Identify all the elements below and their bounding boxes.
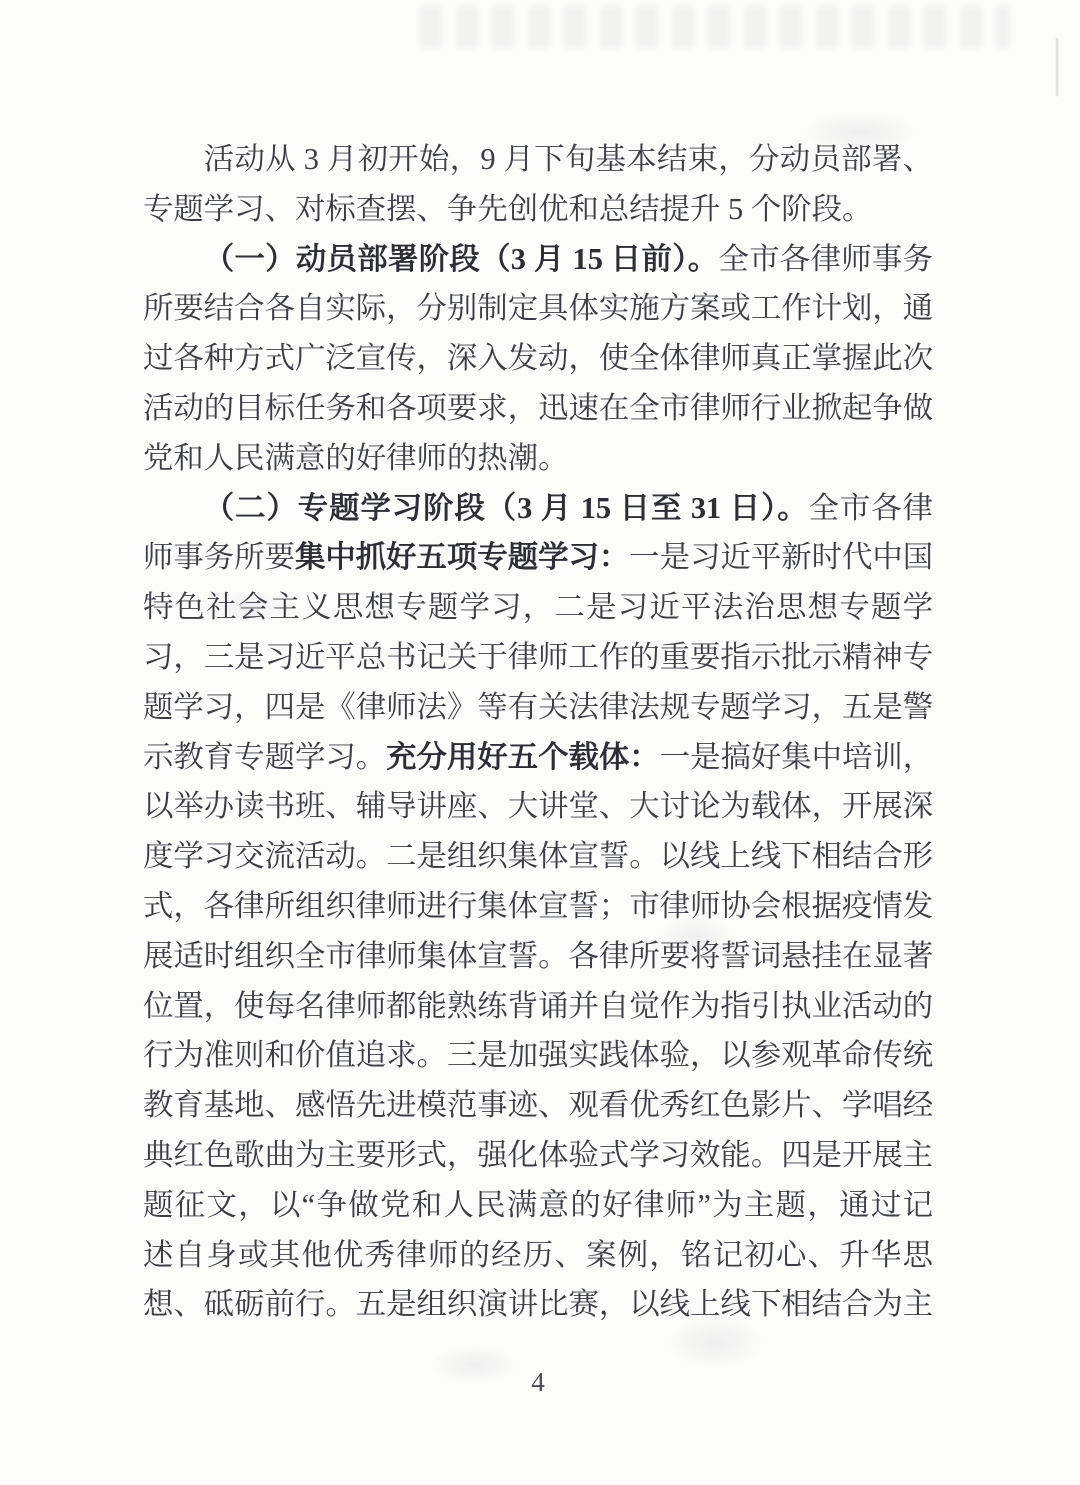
text-line: 想、砥砺前行。五是组织演讲比赛，以线上线下相结合为主 [143, 1280, 933, 1330]
text-run: 位置，使每名律师都能熟练背诵并自觉作为指引执业活动的 [143, 989, 933, 1023]
text-run: 特色社会主义思想专题学习，二是习近平法治思想专题学 [143, 590, 933, 624]
text-line: 度学习交流活动。二是组织集体宣誓。以线上线下相结合形 [143, 832, 933, 882]
text-line: 行为准则和价值追求。三是加强实践体验，以参观革命传统 [143, 1031, 933, 1081]
text-run: 示教育专题学习。 [143, 740, 386, 774]
text-line: 式，各律所组织律师进行集体宣誓；市律师协会根据疫情发 [143, 882, 933, 932]
text-run: 活动从 3 月初开始，9 月下旬基本结束，分动员部署、 [204, 142, 933, 176]
bold-text-run: 充分用好五个载体： [386, 740, 660, 774]
text-line: 示教育专题学习。充分用好五个载体：一是搞好集中培训， [143, 733, 933, 783]
bold-text-run: （二）专题学习阶段（3 月 15 日至 31 日）。 [204, 491, 809, 525]
text-line: 教育基地、感悟先进模范事迹、观看优秀红色影片、学唱经 [143, 1081, 933, 1131]
text-run: 一是习近平新时代中国 [629, 540, 933, 574]
text-run: 全市各律 [809, 491, 933, 525]
text-run: 党和人民满意的好律师的热潮。 [143, 441, 568, 475]
text-line: 题学习，四是《律师法》等有关法律法规专题学习，五是警 [143, 683, 933, 733]
text-line: 典红色歌曲为主要形式，强化体验式学习效能。四是开展主 [143, 1131, 933, 1181]
page-number: 4 [143, 1362, 933, 1402]
text-run: 行为准则和价值追求。三是加强实践体验，以参观革命传统 [143, 1038, 933, 1072]
text-line: （一）动员部署阶段（3 月 15 日前）。全市各律师事务 [143, 235, 933, 285]
text-line: 专题学习、对标查摆、争先创优和总结提升 5 个阶段。 [143, 185, 933, 235]
text-line: 述自身或其他优秀律师的经历、案例，铭记初心、升华思 [143, 1231, 933, 1281]
text-run: 全市各律师事务 [718, 242, 933, 276]
text-run: 度学习交流活动。二是组织集体宣誓。以线上线下相结合形 [143, 839, 933, 873]
text-run: 习，三是习近平总书记关于律师工作的重要指示批示精神专 [143, 640, 933, 674]
text-line: 位置，使每名律师都能熟练背诵并自觉作为指引执业活动的 [143, 982, 933, 1032]
text-run: 展适时组织全市律师集体宣誓。各律所要将誓词悬挂在显著 [143, 939, 933, 973]
text-run: 一是搞好集中培训， [660, 740, 934, 774]
text-line: 过各种方式广泛宣传，深入发动，使全体律师真正掌握此次 [143, 334, 933, 384]
text-line: 师事务所要集中抓好五项专题学习：一是习近平新时代中国 [143, 533, 933, 583]
scan-scratch-artifact [1056, 38, 1058, 96]
text-line: 以举办读书班、辅导讲座、大讲堂、大讨论为载体，开展深 [143, 782, 933, 832]
text-run: 专题学习、对标查摆、争先创优和总结提升 5 个阶段。 [143, 192, 872, 226]
text-run: 师事务所要 [143, 540, 295, 574]
text-line: （二）专题学习阶段（3 月 15 日至 31 日）。全市各律 [143, 484, 933, 534]
text-run: 过各种方式广泛宣传，深入发动，使全体律师真正掌握此次 [143, 341, 933, 375]
text-run: 想、砥砺前行。五是组织演讲比赛，以线上线下相结合为主 [143, 1287, 933, 1321]
text-line: 特色社会主义思想专题学习，二是习近平法治思想专题学 [143, 583, 933, 633]
bold-text-run: 集中抓好五项专题学习： [295, 540, 629, 574]
text-run: 题学习，四是《律师法》等有关法律法规专题学习，五是警 [143, 690, 933, 724]
text-run: 所要结合各自实际，分别制定具体实施方案或工作计划，通 [143, 291, 933, 325]
bold-text-run: （一）动员部署阶段（3 月 15 日前）。 [204, 242, 719, 276]
text-line: 展适时组织全市律师集体宣誓。各律所要将誓词悬挂在显著 [143, 932, 933, 982]
document-body: 活动从 3 月初开始，9 月下旬基本结束，分动员部署、专题学习、对标查摆、争先创… [143, 135, 933, 1330]
text-run: 式，各律所组织律师进行集体宣誓；市律师协会根据疫情发 [143, 889, 933, 923]
text-line: 习，三是习近平总书记关于律师工作的重要指示批示精神专 [143, 633, 933, 683]
text-run: 述自身或其他优秀律师的经历、案例，铭记初心、升华思 [143, 1238, 933, 1272]
text-line: 活动从 3 月初开始，9 月下旬基本结束，分动员部署、 [143, 135, 933, 185]
text-run: 活动的目标任务和各项要求，迅速在全市律师行业掀起争做 [143, 391, 933, 425]
text-run: 以举办读书班、辅导讲座、大讲堂、大讨论为载体，开展深 [143, 789, 933, 823]
text-line: 题征文，以“争做党和人民满意的好律师”为主题，通过记 [143, 1181, 933, 1231]
text-run: 典红色歌曲为主要形式，强化体验式学习效能。四是开展主 [143, 1138, 933, 1172]
text-run: 题征文，以“争做党和人民满意的好律师”为主题，通过记 [143, 1188, 933, 1222]
text-line: 党和人民满意的好律师的热潮。 [143, 434, 933, 484]
document-page: 活动从 3 月初开始，9 月下旬基本结束，分动员部署、专题学习、对标查摆、争先创… [0, 0, 1080, 1485]
scan-ghosting-artifact [420, 6, 1010, 48]
text-line: 所要结合各自实际，分别制定具体实施方案或工作计划，通 [143, 284, 933, 334]
text-line: 活动的目标任务和各项要求，迅速在全市律师行业掀起争做 [143, 384, 933, 434]
text-run: 教育基地、感悟先进模范事迹、观看优秀红色影片、学唱经 [143, 1088, 933, 1122]
